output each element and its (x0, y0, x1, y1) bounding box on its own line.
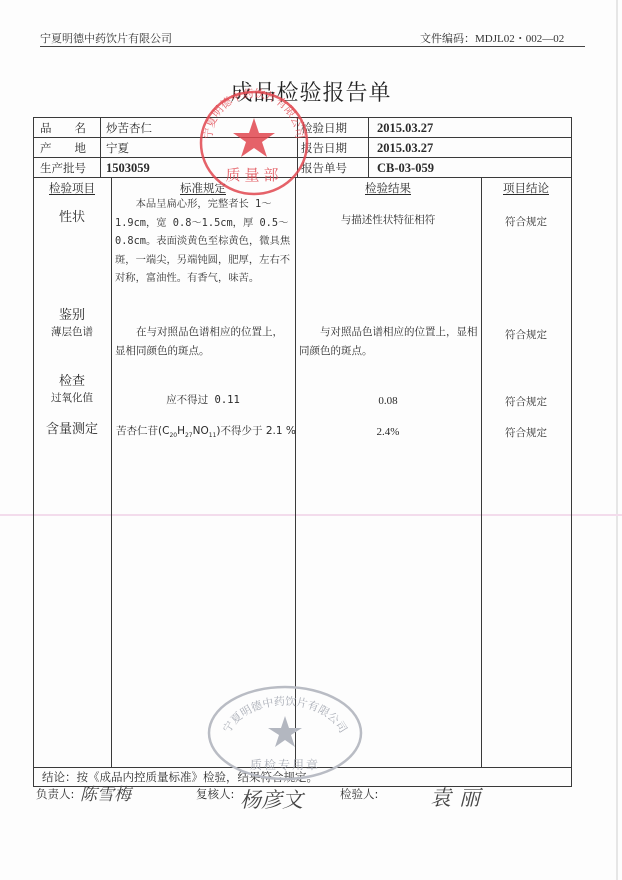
row-conclusion-appearance: 符合规定 (481, 212, 571, 232)
row-standard-peroxide: 应不得过 0.11 (111, 390, 295, 410)
product-name-label: 品 名 (40, 118, 86, 138)
row-result-identification: 与对照品色谱相应的位置上，显相同颜色的斑点。 (299, 323, 479, 361)
star-icon (268, 716, 302, 747)
row-standard-assay: 苦杏仁苷(C20H27NO11)不得少于 2.1 % (116, 421, 296, 446)
scan-artifact-line (0, 514, 622, 516)
inspector-label: 检验人: (340, 786, 378, 802)
product-name-value: 炒苦杏仁 (106, 118, 152, 138)
doc-code: 文件编码：MDJL02・002—02 (420, 30, 564, 46)
row-item-appearance: 性状 (33, 208, 111, 228)
responsible-label: 负责人: (36, 786, 74, 802)
row-conclusion-assay: 符合规定 (481, 423, 571, 443)
responsible-signature: 陈雪梅 (80, 780, 131, 805)
origin-value: 宁夏 (106, 138, 129, 158)
batch-label: 生产批号 (40, 158, 86, 178)
row-subitem-peroxide: 过氧化值 (33, 388, 111, 408)
doc-code-label: 文件编码： (420, 32, 475, 45)
batch-value: 1503059 (106, 158, 150, 178)
star-icon (233, 118, 275, 157)
header-rule (40, 46, 585, 47)
row-result-appearance: 与描述性状特征相符 (295, 210, 481, 230)
col-header-item: 检验项目 (33, 178, 111, 198)
row-item-assay: 含量测定 (33, 420, 111, 440)
scan-edge-line (616, 0, 618, 880)
svg-text:质检专用章: 质检专用章 (250, 757, 320, 772)
row-standard-appearance: 本品呈扁心形，完整者长 1～1.9cm，宽 0.8～1.5cm，厚 0.5～0.… (115, 195, 293, 288)
company-name: 宁夏明德中药饮片有限公司 (40, 30, 172, 46)
col-header-result: 检验结果 (295, 178, 481, 198)
svg-text:质量部: 质量部 (225, 166, 282, 184)
row-conclusion-identification: 符合规定 (481, 325, 571, 345)
inspect-date-value: 2015.03.27 (377, 118, 433, 138)
row-result-peroxide: 0.08 (295, 391, 481, 411)
col-header-conclusion: 项目结论 (481, 178, 571, 198)
inspector-signature: 袁丽 (430, 782, 488, 812)
row-conclusion-peroxide: 符合规定 (481, 392, 571, 412)
reviewer-signature: 杨彦文 (240, 784, 303, 814)
doc-code-value: MDJL02・002—02 (475, 33, 564, 45)
origin-label: 产 地 (40, 138, 86, 158)
row-result-assay: 2.4% (295, 422, 481, 442)
report-date-value: 2015.03.27 (377, 138, 433, 158)
reviewer-label: 复核人: (196, 786, 234, 802)
quality-department-seal: 宁夏明德中药饮片有限公司 质量部 (196, 88, 312, 198)
report-no-value: CB-03-059 (377, 158, 434, 178)
row-subitem-tlc: 薄层色谱 (33, 322, 111, 342)
qc-seal: 宁夏明德中药饮片有限公司 质检专用章 (205, 683, 365, 783)
row-standard-identification: 在与对照品色谱相应的位置上，显相同颜色的斑点。 (115, 323, 293, 361)
